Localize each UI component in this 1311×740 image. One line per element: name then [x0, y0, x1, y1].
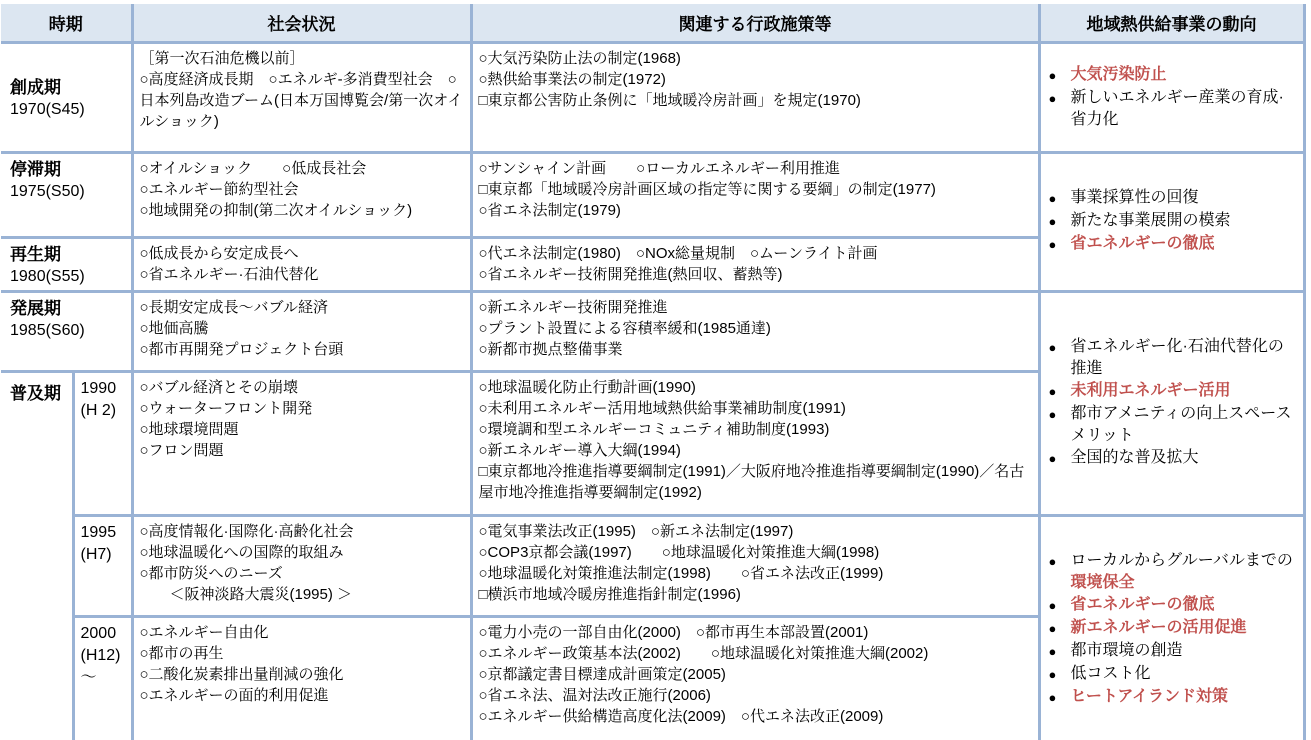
bullet-icon: ●	[1049, 594, 1071, 617]
trend-item: ●都市アメニティの向上スペースメリット	[1049, 403, 1299, 447]
row-1995: 1995 (H7) ○高度情報化·国際化·高齢化社会 ○地球温暖化への国際的取組…	[1, 515, 1304, 616]
row-hatten: 発展期 1985(S60) ○長期安定成長〜バブル経済 ○地価高騰 ○都市再開発…	[1, 291, 1304, 371]
col-header-social: 社会状況	[132, 4, 471, 42]
policy-cell-2000: ○電力小売の一部自由化(2000) ○都市再生本部設置(2001) ○エネルギー…	[471, 616, 1039, 740]
policy-cell-sousei: ○大気汚染防止法の制定(1968) ○熱供給事業法の制定(1972) □東京都公…	[471, 42, 1039, 152]
period-year: 1980(S55)	[10, 266, 125, 288]
policy-cell-1995: ○電気事業法改正(1995) ○新エネ法制定(1997) ○COP3京都会議(1…	[471, 515, 1039, 616]
social-cell-2000: ○エネルギー自由化 ○都市の再生 ○二酸化炭素排出量削減の強化 ○エネルギーの面…	[132, 616, 471, 740]
bullet-icon: ●	[1049, 64, 1071, 87]
policy-cell-teitai: ○サンシャイン計画 ○ローカルエネルギー利用推進 □東京都「地域暖冷房計画区域の…	[471, 152, 1039, 237]
year-cell-2000: 2000 (H12) ～	[73, 616, 132, 740]
history-table: 時期 社会状況 関連する行政施策等 地域熱供給事業の動向 創成期 1970(S4…	[1, 4, 1306, 740]
period-cell-hatten: 発展期 1985(S60)	[1, 291, 132, 371]
trend-cell-teitai-saisei: ●事業採算性の回復●新たな事業展開の模索●省エネルギーの徹底	[1039, 152, 1304, 291]
period-cell-sousei: 創成期 1970(S45)	[1, 42, 132, 152]
period-cell-saisei: 再生期 1980(S55)	[1, 237, 132, 291]
header-row: 時期 社会状況 関連する行政施策等 地域熱供給事業の動向	[1, 4, 1304, 42]
bullet-icon: ●	[1049, 380, 1071, 403]
trend-item: ●ヒートアイランド対策	[1049, 686, 1299, 709]
row-sousei: 創成期 1970(S45) ［第一次石油危機以前］ ○高度経済成長期 ○エネルギ…	[1, 42, 1304, 152]
period-year: 1985(S60)	[10, 320, 125, 342]
bullet-icon: ●	[1049, 336, 1071, 380]
period-cell-teitai: 停滞期 1975(S50)	[1, 152, 132, 237]
trend-item: ●省エネルギーの徹底	[1049, 233, 1299, 256]
trend-item: ●低コスト化	[1049, 663, 1299, 686]
bullet-icon: ●	[1049, 663, 1071, 686]
policy-cell-saisei: ○代エネ法制定(1980) ○NOx総量規制 ○ムーンライト計画 ○省エネルギー…	[471, 237, 1039, 291]
bullet-icon: ●	[1049, 87, 1071, 131]
bullet-icon: ●	[1049, 640, 1071, 663]
trend-item: ●省エネルギー化·石油代替化の推進	[1049, 336, 1299, 380]
year-cell-1995: 1995 (H7)	[73, 515, 132, 616]
trend-item: ●大気汚染防止	[1049, 64, 1299, 87]
social-cell-sousei: ［第一次石油危機以前］ ○高度経済成長期 ○エネルギ-多消費型社会 ○日本列島改…	[132, 42, 471, 152]
phase-cell-fukyuu: 普及期	[1, 371, 73, 740]
social-cell-teitai: ○オイルショック ○低成長社会 ○エネルギー節約型社会 ○地域開発の抑制(第二次…	[132, 152, 471, 237]
row-teitai: 停滞期 1975(S50) ○オイルショック ○低成長社会 ○エネルギー節約型社…	[1, 152, 1304, 237]
policy-cell-hatten: ○新エネルギー技術開発推進 ○プラント設置による容積率緩和(1985通達) ○新…	[471, 291, 1039, 371]
trend-cell-hatten-1990: ●省エネルギー化·石油代替化の推進●未利用エネルギー活用●都市アメニティの向上ス…	[1039, 291, 1304, 515]
period-label: 創成期	[10, 77, 125, 99]
period-label: 再生期	[10, 244, 125, 266]
trend-cell-1995-2000: ●ローカルからグルーバルまでの環境保全●省エネルギーの徹底●新エネルギーの活用促…	[1039, 515, 1304, 740]
social-cell-hatten: ○長期安定成長〜バブル経済 ○地価高騰 ○都市再開発プロジェクト台頭	[132, 291, 471, 371]
bullet-icon: ●	[1049, 550, 1071, 594]
year-cell-1990: 1990 (H 2)	[73, 371, 132, 515]
trend-item: ●未利用エネルギー活用	[1049, 380, 1299, 403]
policy-cell-1990: ○地球温暖化防止行動計画(1990) ○未利用エネルギー活用地域熱供給事業補助制…	[471, 371, 1039, 515]
trend-item: ●新しいエネルギー産業の育成·省力化	[1049, 87, 1299, 131]
trend-item: ●省エネルギーの徹底	[1049, 594, 1299, 617]
social-cell-saisei: ○低成長から安定成長へ ○省エネルギー·石油代替化	[132, 237, 471, 291]
bullet-icon: ●	[1049, 447, 1071, 470]
col-header-period: 時期	[1, 4, 132, 42]
trend-cell-sousei: ●大気汚染防止●新しいエネルギー産業の育成·省力化	[1039, 42, 1304, 152]
col-header-trend: 地域熱供給事業の動向	[1039, 4, 1304, 42]
bullet-icon: ●	[1049, 403, 1071, 447]
bullet-icon: ●	[1049, 617, 1071, 640]
period-label: 発展期	[10, 298, 125, 320]
trend-item: ●新たな事業展開の模索	[1049, 210, 1299, 233]
bullet-icon: ●	[1049, 210, 1071, 233]
period-label: 停滞期	[10, 159, 125, 181]
bullet-icon: ●	[1049, 686, 1071, 709]
trend-item: ●ローカルからグルーバルまでの環境保全	[1049, 550, 1299, 594]
period-year: 1970(S45)	[10, 99, 125, 121]
trend-item: ●新エネルギーの活用促進	[1049, 617, 1299, 640]
period-year: 1975(S50)	[10, 181, 125, 203]
trend-item: ●都市環境の創造	[1049, 640, 1299, 663]
col-header-policy: 関連する行政施策等	[471, 4, 1039, 42]
trend-item: ●全国的な普及拡大	[1049, 447, 1299, 470]
social-cell-1995: ○高度情報化·国際化·高齢化社会 ○地球温暖化への国際的取組み ○都市防災へのニ…	[132, 515, 471, 616]
social-cell-1990: ○バブル経済とその崩壊 ○ウォーターフロント開発 ○地球環境問題 ○フロン問題	[132, 371, 471, 515]
bullet-icon: ●	[1049, 233, 1071, 256]
trend-item: ●事業採算性の回復	[1049, 187, 1299, 210]
bullet-icon: ●	[1049, 187, 1071, 210]
